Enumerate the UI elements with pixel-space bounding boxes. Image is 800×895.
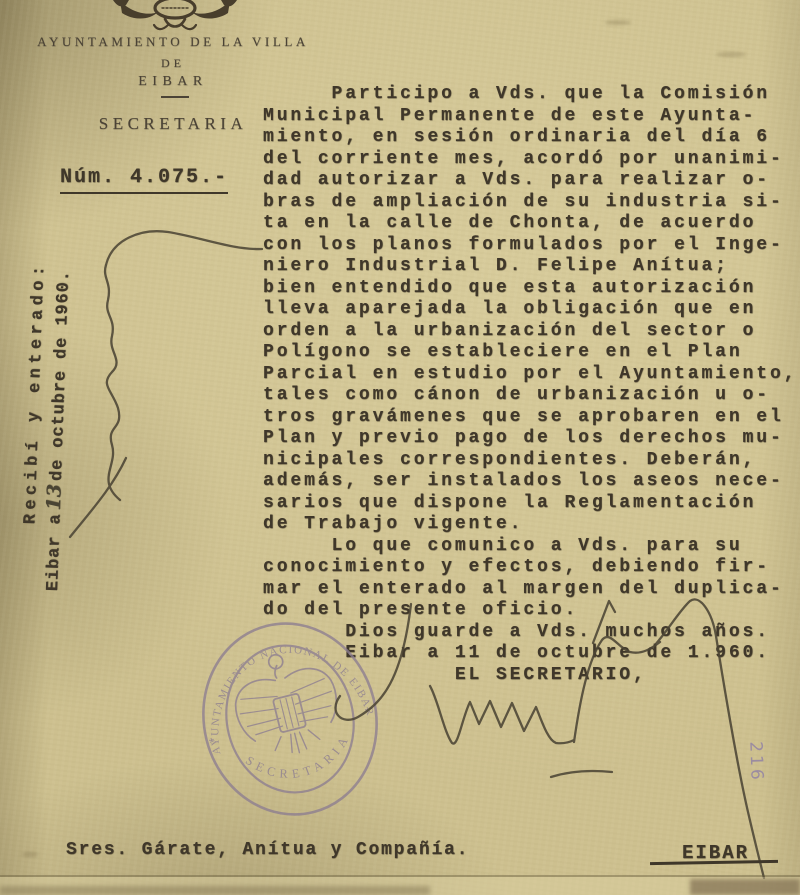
body-line: bras de ampliación de su industria si- xyxy=(263,192,800,214)
letterhead-rule xyxy=(161,96,189,98)
body-line: Polígono se estableciere en el Plan xyxy=(263,342,800,364)
body-line: do del presente oficio. xyxy=(263,600,800,622)
reference-number: Núm. 4.075.- xyxy=(60,166,228,194)
letterhead-line1: AYUNTAMIENTO DE LA VILLA xyxy=(8,34,338,50)
body-line: Municipal Permanente de este Ayunta- xyxy=(263,106,800,128)
body-line: conocimiento y efectos, debiendo fir- xyxy=(263,557,800,579)
addressee-line: Sres. Gárate, Anítua y Compañía. xyxy=(66,840,469,860)
body-line: tros gravámenes que se aprobaren en el xyxy=(263,407,800,429)
margin-note-date-suffix: de octubre de 1960. xyxy=(48,270,74,481)
body-line: mar el enterado al margen del duplica- xyxy=(263,579,800,601)
body-line: tales como cánon de urbanización u o- xyxy=(263,385,800,407)
body-line: orden a la urbanización del sector o xyxy=(263,321,800,343)
body-line: nicipales correspondientes. Deberán, xyxy=(263,450,800,472)
body-line: dad autorizar a Vds. para realizar o- xyxy=(263,170,800,192)
letterhead-line2: DE xyxy=(8,56,338,71)
body-line: del corriente mes, acordó por unanimi- xyxy=(263,149,800,171)
stamp-right-asterisk: * xyxy=(364,703,374,720)
body-line: Participo a Vds. que la Comisión xyxy=(263,84,800,106)
ink-smudge xyxy=(605,20,631,25)
body-line: bien entendido que esta autorización xyxy=(263,278,800,300)
body-line: Dios guarde a Vds. muchos años. xyxy=(263,622,800,644)
body-line: además, ser instalados los aseos nece- xyxy=(263,471,800,493)
body-line: EL SECRETARIO, xyxy=(263,665,800,687)
margin-note-date-prefix: Eibar a xyxy=(44,513,66,591)
body-line: niero Industrial D. Felipe Anítua; xyxy=(263,256,800,278)
letter-body: Participo a Vds. que la Comisión Municip… xyxy=(263,84,800,686)
body-line: miento, en sesión ordinaria del día 6 xyxy=(263,127,800,149)
municipal-crest-icon xyxy=(110,0,240,34)
ink-smudge xyxy=(716,52,746,57)
body-line: Lo que comunico a Vds. para su xyxy=(263,536,800,558)
body-line: Eibar a 11 de octubre de 1.960. xyxy=(263,643,800,665)
body-line: sarios que dispone la Reglamentación xyxy=(263,493,800,515)
body-line: de Trabajo vigente. xyxy=(263,514,800,536)
body-line: Plan y previo pago de los derechos mu- xyxy=(263,428,800,450)
scan-shadow-bottom-right xyxy=(690,879,800,895)
ink-smudge xyxy=(22,852,38,857)
stamp-bottom-text: SECRETARIA xyxy=(241,728,360,793)
body-line: con los planos formulados por el Inge- xyxy=(263,235,800,257)
handwritten-day: 13 xyxy=(43,481,66,514)
body-line: ta en la calle de Chonta, de acuerdo xyxy=(263,213,800,235)
margin-acknowledgement-note: Recibí y enterado: Eibar a13de octubre d… xyxy=(18,261,76,591)
archive-page-number: 216 xyxy=(745,734,767,791)
svg-text:SECRETARIA: SECRETARIA xyxy=(241,728,360,793)
margin-signature xyxy=(70,231,262,537)
scan-shadow-bottom-left xyxy=(0,886,430,895)
body-line: lleva aparejada la obligación que en xyxy=(263,299,800,321)
body-line: Parcial en estudio por el Ayuntamiento, xyxy=(263,364,800,386)
stamp-left-asterisk: * xyxy=(208,734,218,751)
document-page: AYUNTAMIENTO DE LA VILLA DE EIBAR SECRET… xyxy=(0,0,800,895)
